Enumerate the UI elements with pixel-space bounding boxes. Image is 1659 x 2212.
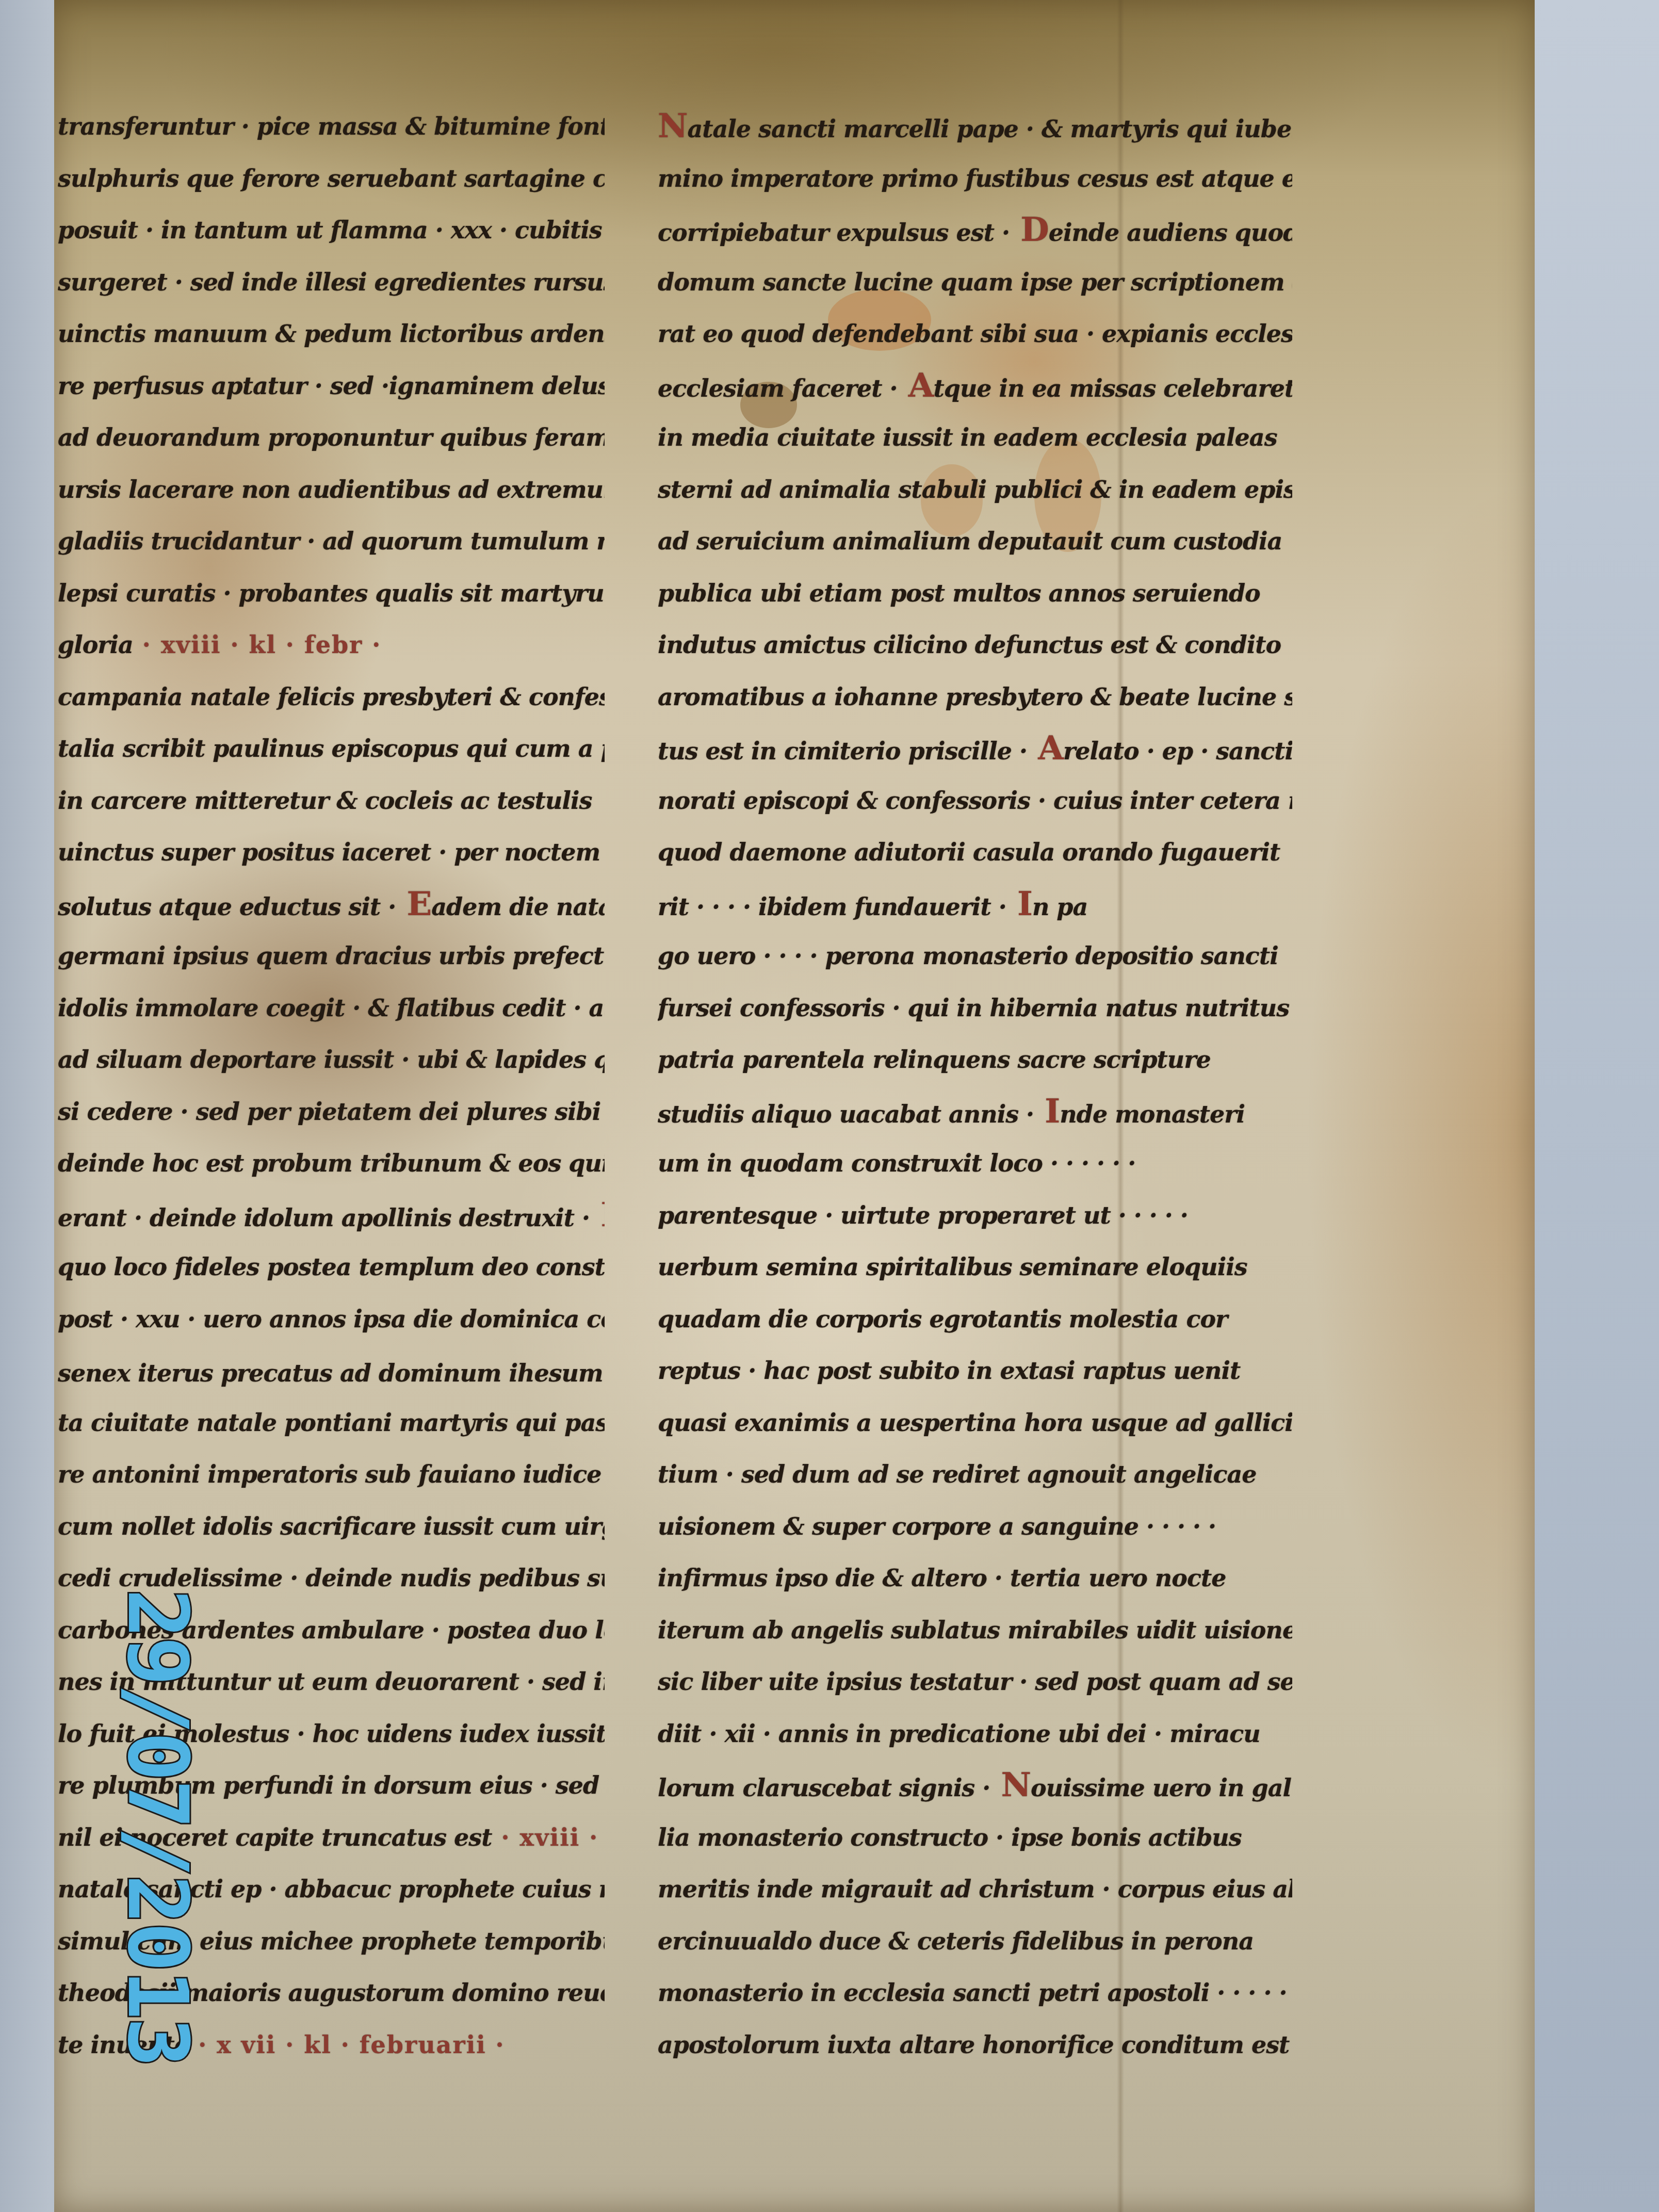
- manuscript-line: go uero · · · · perona monasterio deposi…: [658, 930, 1292, 982]
- line-text: apostolorum iuxta altare honorifice cond…: [658, 2031, 1289, 2059]
- line-text: talia scribit paulinus episcopus qui cum…: [58, 735, 605, 762]
- manuscript-line: senex iterus precatus ad dominum ihesum …: [58, 1345, 605, 1397]
- backdrop: [1527, 0, 1659, 2212]
- line-text: ad seruicium animalium deputauit cum cus…: [658, 527, 1282, 555]
- manuscript-line: idolis immolare coegit · & flatibus cedi…: [58, 982, 605, 1034]
- line-text: meritis inde migrauit ad christum · corp…: [658, 1875, 1292, 1903]
- line-text: go uero · · · · perona monasterio deposi…: [658, 942, 1278, 970]
- line-text: quasi exanimis a uespertina hora usque a…: [658, 1409, 1292, 1437]
- line-text: mino imperatore primo fustibus cesus est…: [658, 165, 1292, 192]
- line-text: um in quodam construxit loco · · · · · ·: [658, 1149, 1135, 1177]
- line-text: in media ciuitate iussit in eadem eccles…: [658, 424, 1277, 451]
- line-text: re antonini imperatoris sub fauiano iudi…: [58, 1460, 601, 1488]
- line-text-continued: relato · ep · sancti ho: [1063, 737, 1292, 765]
- manuscript-line: surgeret · sed inde illesi egredientes r…: [58, 256, 605, 308]
- manuscript-line: gloria · xviii · kl · febr ·: [58, 619, 605, 671]
- rubric-date: · x vii · kl · februarii ·: [189, 2031, 505, 2059]
- line-text: erant · deinde idolum apollinis destruxi…: [58, 1204, 590, 1232]
- line-text: ursis lacerare non audientibus ad extrem…: [58, 476, 605, 503]
- line-text: norati episcopi & confessoris · cuius in…: [658, 787, 1292, 815]
- line-text: post · xxu · uero annos ipsa die dominic…: [58, 1305, 605, 1333]
- line-text: indutus amictus cilicino defunctus est &…: [658, 631, 1281, 659]
- rubric-date: · xviii · kl · febr ·: [133, 631, 382, 659]
- manuscript-line: uinctus super positus iaceret · per noct…: [58, 826, 605, 879]
- line-text: lepsi curatis · probantes qualis sit mar…: [58, 579, 605, 607]
- line-text: ad deuorandum proponuntur quibus feram b…: [58, 424, 605, 451]
- manuscript-line: monasterio in ecclesia sancti petri apos…: [658, 1967, 1292, 2019]
- manuscript-line: ad seruicium animalium deputauit cum cus…: [658, 515, 1292, 567]
- manuscript-line: ursis lacerare non audientibus ad extrem…: [58, 464, 605, 516]
- right-text-column: Natale sancti marcelli pape · & martyris…: [658, 101, 1292, 2071]
- rubric-initial: A: [898, 366, 934, 405]
- line-text: quo loco fideles postea templum deo cons…: [58, 1253, 605, 1281]
- manuscript-line: publica ubi etiam post multos annos seru…: [658, 567, 1292, 620]
- line-text: germani ipsius quem dracius urbis prefec…: [58, 942, 605, 970]
- line-text: iterum ab angelis sublatus mirabiles uid…: [658, 1616, 1292, 1644]
- manuscript-line: posuit · in tantum ut flamma · xxx · cub…: [58, 204, 605, 256]
- line-text: cedi crudelissime · deinde nudis pedibus…: [58, 1564, 605, 1592]
- line-text-continued: n pa: [1032, 893, 1087, 921]
- line-text: aromatibus a iohanne presbytero & beate …: [658, 683, 1292, 711]
- manuscript-line: ad deuorandum proponuntur quibus feram b…: [58, 412, 605, 464]
- line-text: domum sancte lucine quam ipse per script…: [658, 268, 1292, 296]
- rubric-initial: I: [1034, 1092, 1060, 1131]
- manuscript-line: uisionem & super corpore a sanguine · · …: [658, 1501, 1292, 1553]
- line-text: parentesque · uirtute properaret ut · · …: [658, 1201, 1188, 1229]
- line-text: publica ubi etiam post multos annos seru…: [658, 579, 1260, 607]
- line-text: monasterio in ecclesia sancti petri apos…: [658, 1979, 1287, 2007]
- line-text: reptus · hac post subito in extasi raptu…: [658, 1357, 1240, 1385]
- line-text-continued: ouissime uero in gal: [1031, 1774, 1291, 1802]
- line-text: campania natale felicis presbyteri & con…: [58, 683, 605, 711]
- manuscript-line: aromatibus a iohanne presbytero & beate …: [658, 671, 1292, 723]
- line-text: rit · · · · ibidem fundauerit ·: [658, 893, 1006, 921]
- manuscript-line: deinde hoc est probum tribunum & eos qui…: [58, 1137, 605, 1190]
- rubric-initial: N: [990, 1766, 1031, 1804]
- manuscript-line: post · xxu · uero annos ipsa die dominic…: [58, 1293, 605, 1345]
- manuscript-line: solutus atque eductus sit · Eadem die na…: [58, 879, 605, 931]
- manuscript-line: iterum ab angelis sublatus mirabiles uid…: [658, 1604, 1292, 1656]
- line-text-continued: nde monasteri: [1060, 1100, 1245, 1128]
- manuscript-line: quasi exanimis a uespertina hora usque a…: [658, 1397, 1292, 1449]
- manuscript-line: in carcere mitteretur & cocleis ac testu…: [58, 775, 605, 827]
- line-text: posuit · in tantum ut flamma · xxx · cub…: [58, 216, 605, 244]
- manuscript-line: sic liber uite ipsius testatur · sed pos…: [658, 1656, 1292, 1708]
- line-text: ta ciuitate natale pontiani martyris qui…: [58, 1409, 605, 1437]
- line-text: uinctus super positus iaceret · per noct…: [58, 838, 605, 866]
- rubric-initial: I: [590, 1196, 605, 1234]
- line-text: gloria: [58, 631, 133, 659]
- manuscript-line: patria parentela relinquens sacre script…: [658, 1034, 1292, 1086]
- manuscript-line: studiis aliquo uacabat annis · Inde mona…: [658, 1086, 1292, 1138]
- manuscript-line: re antonini imperatoris sub fauiano iudi…: [58, 1449, 605, 1501]
- rubric-initial: I: [1006, 885, 1032, 923]
- manuscript-line: talia scribit paulinus episcopus qui cum…: [58, 723, 605, 775]
- manuscript-line: si cedere · sed per pietatem dei plures …: [58, 1086, 605, 1138]
- manuscript-line: diit · xii · annis in predicatione ubi d…: [658, 1708, 1292, 1760]
- manuscript-line: indutus amictus cilicino defunctus est &…: [658, 619, 1292, 671]
- manuscript-line: norati episcopi & confessoris · cuius in…: [658, 775, 1292, 827]
- manuscript-line: in media ciuitate iussit in eadem eccles…: [658, 412, 1292, 464]
- line-text: transferuntur · pice massa & bitumine fo…: [58, 112, 605, 140]
- manuscript-line: sulphuris que ferore seruebant sartagine…: [58, 153, 605, 205]
- line-text: uerbum semina spiritalibus seminare eloq…: [658, 1253, 1247, 1281]
- manuscript-line: infirmus ipso die & altero · tertia uero…: [658, 1552, 1292, 1604]
- line-text: quadam die corporis egrotantis molestia …: [658, 1305, 1227, 1333]
- line-text: quod daemone adiutorii casula orando fug…: [658, 838, 1280, 866]
- manuscript-line: domum sancte lucine quam ipse per script…: [658, 256, 1292, 308]
- line-text: ecclesiam faceret ·: [658, 375, 898, 402]
- manuscript-line: lorum claruscebat signis · Nouissime uer…: [658, 1760, 1292, 1812]
- manuscript-line: quadam die corporis egrotantis molestia …: [658, 1293, 1292, 1345]
- manuscript-line: quod daemone adiutorii casula orando fug…: [658, 826, 1292, 879]
- line-text: uinctis manuum & pedum lictoribus ardens…: [58, 320, 605, 348]
- manuscript-line: fursei confessoris · qui in hibernia nat…: [658, 982, 1292, 1034]
- line-text: uisionem & super corpore a sanguine · · …: [658, 1512, 1216, 1540]
- manuscript-line: quo loco fideles postea templum deo cons…: [58, 1241, 605, 1293]
- line-text: cum nollet idolis sacrificare iussit cum…: [58, 1512, 605, 1540]
- line-text: studiis aliquo uacabat annis ·: [658, 1100, 1034, 1128]
- manuscript-line: erant · deinde idolum apollinis destruxi…: [58, 1190, 605, 1242]
- line-text: sulphuris que ferore seruebant sartagine…: [58, 165, 605, 192]
- line-text: solutus atque eductus sit ·: [58, 893, 396, 921]
- line-text: tium · sed dum ad se rediret agnouit ang…: [658, 1460, 1257, 1488]
- manuscript-line: sterni ad animalia stabuli publici & in …: [658, 464, 1292, 516]
- manuscript-line: tus est in cimiterio priscille · Arelato…: [658, 723, 1292, 775]
- rubric-initial: E: [396, 885, 431, 923]
- line-text: infirmus ipso die & altero · tertia uero…: [658, 1564, 1226, 1592]
- manuscript-line: gladiis trucidantur · ad quorum tumulum …: [58, 515, 605, 567]
- manuscript-line: re perfusus aptatur · sed ·ignaminem del…: [58, 360, 605, 412]
- line-text: in carcere mitteretur & cocleis ac testu…: [58, 787, 592, 815]
- line-text-continued: adem die natale sancti feli: [431, 893, 605, 921]
- manuscript-line: parentesque · uirtute properaret ut · · …: [658, 1190, 1292, 1242]
- rubric-initial: A: [1027, 729, 1063, 768]
- line-text: surgeret · sed inde illesi egredientes r…: [58, 268, 605, 296]
- manuscript-line: mino imperatore primo fustibus cesus est…: [658, 153, 1292, 205]
- line-text: sterni ad animalia stabuli publici & in …: [658, 476, 1292, 503]
- manuscript-line: tium · sed dum ad se rediret agnouit ang…: [658, 1449, 1292, 1501]
- line-text: lorum claruscebat signis ·: [658, 1774, 990, 1802]
- manuscript-line: um in quodam construxit loco · · · · · ·: [658, 1137, 1292, 1190]
- line-text: re perfusus aptatur · sed ·ignaminem del…: [58, 372, 605, 400]
- manuscript-line: ercinuualdo duce & ceteris fidelibus in …: [658, 1915, 1292, 1967]
- line-text: ercinuualdo duce & ceteris fidelibus in …: [658, 1927, 1254, 1955]
- line-text: patria parentela relinquens sacre script…: [658, 1046, 1211, 1074]
- line-text: sic liber uite ipsius testatur · sed pos…: [658, 1668, 1292, 1696]
- rubric-date: · xviii · kl · feb ·: [492, 1824, 605, 1851]
- line-text: ad siluam deportare iussit · ubi & lapid…: [58, 1046, 605, 1074]
- line-text: lia monasterio constructo · ipse bonis a…: [658, 1824, 1242, 1851]
- manuscript-line: germani ipsius quem dracius urbis prefec…: [58, 930, 605, 982]
- manuscript-line: rit · · · · ibidem fundauerit · In pa: [658, 879, 1292, 931]
- manuscript-line: uinctis manuum & pedum lictoribus ardens…: [58, 308, 605, 360]
- manuscript-line: lia monasterio constructo · ipse bonis a…: [658, 1812, 1292, 1864]
- manuscript-line: ad siluam deportare iussit · ubi & lapid…: [58, 1034, 605, 1086]
- manuscript-line: corripiebatur expulsus est · Deinde audi…: [658, 204, 1292, 256]
- line-text-continued: einde audiens quod: [1049, 219, 1292, 247]
- line-text: deinde hoc est probum tribunum & eos qui…: [58, 1149, 605, 1177]
- line-text: fursei confessoris · qui in hibernia nat…: [658, 994, 1289, 1022]
- rubric-initial: D: [1010, 210, 1049, 249]
- line-text: tus est in cimiterio priscille ·: [658, 737, 1027, 765]
- line-text: diit · xii · annis in predicatione ubi d…: [658, 1720, 1260, 1748]
- line-text: atale sancti marcelli pape · & martyris …: [688, 115, 1293, 143]
- camera-date-stamp: 29/07/2013: [106, 1589, 209, 2065]
- manuscript-line: apostolorum iuxta altare honorifice cond…: [658, 2019, 1292, 2071]
- rubric-initial: N: [658, 107, 688, 145]
- manuscript-line: cum nollet idolis sacrificare iussit cum…: [58, 1501, 605, 1553]
- line-text: corripiebatur expulsus est ·: [658, 219, 1010, 247]
- manuscript-line: reptus · hac post subito in extasi raptu…: [658, 1345, 1292, 1397]
- manuscript-line: campania natale felicis presbyteri & con…: [58, 671, 605, 723]
- line-text: si cedere · sed per pietatem dei plures …: [58, 1098, 605, 1126]
- manuscript-line: rat eo quod defendebant sibi sua · expia…: [658, 308, 1292, 360]
- line-text-continued: tque in ea missas celebraret: [933, 375, 1292, 402]
- manuscript-line: ta ciuitate natale pontiani martyris qui…: [58, 1397, 605, 1449]
- manuscript-line: ecclesiam faceret · Atque in ea missas c…: [658, 360, 1292, 412]
- manuscript-line: lepsi curatis · probantes qualis sit mar…: [58, 567, 605, 620]
- line-text: idolis immolare coegit · & flatibus cedi…: [58, 994, 605, 1022]
- line-text: senex iterus precatus ad dominum ihesum …: [58, 1359, 605, 1387]
- manuscript-line: uerbum semina spiritalibus seminare eloq…: [658, 1241, 1292, 1293]
- manuscript-line: Natale sancti marcelli pape · & martyris…: [658, 101, 1292, 153]
- manuscript-line: transferuntur · pice massa & bitumine fo…: [58, 101, 605, 153]
- line-text: rat eo quod defendebant sibi sua · expia…: [658, 320, 1292, 348]
- line-text: gladiis trucidantur · ad quorum tumulum …: [58, 527, 605, 555]
- manuscript-line: meritis inde migrauit ad christum · corp…: [658, 1863, 1292, 1915]
